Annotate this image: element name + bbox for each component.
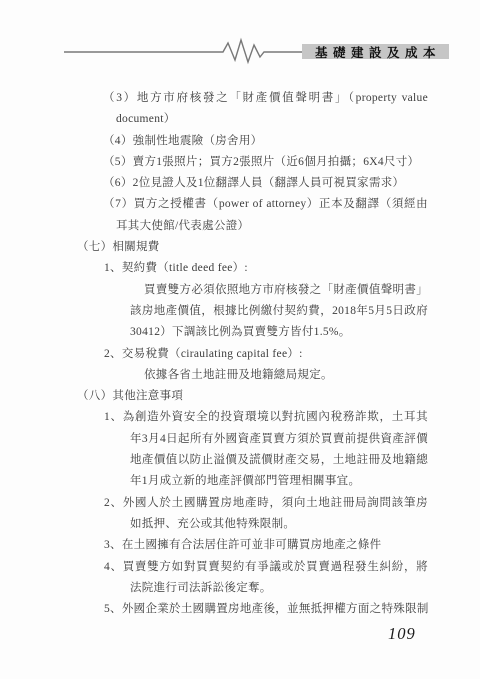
text-line: 2、交易稅費（ciraulating capital fee）: [0,344,428,365]
text-line: 2、外國人於土國購置房地產時，須向土地註冊局詢問該筆房地產是否有 [0,493,428,514]
text-line: 年1月成立新的地產評價部門管理相關事宜。 [0,471,428,492]
text-line: （七）相關規費 [0,237,428,258]
text-line: （7）買方之授權書（power of attorney）正本及翻譯（須經由海外之… [0,194,428,215]
text-line: 如抵押、充公或其他特殊限制。 [0,514,428,535]
text-line: （3）地方市府核發之「財產價值聲明書」（property value state… [0,88,428,109]
heartbeat-zigzag-icon [64,36,306,68]
chapter-title-highlight: 基礎建設及成本 [302,44,449,59]
text-line: document） [0,109,428,130]
text-line: 依據各省土地註冊及地籍總局規定。 [0,365,428,386]
text-line: 1、為創造外資安全的投資環境以對抗國內稅務詐欺，土耳其規定自2019 [0,407,428,428]
text-line: 該房地產價值，根據比例繳付契約費，2018年5月5日政府公告（No. [0,301,428,322]
text-line: 地產價值以防止溢價及謊價財產交易，土地註冊及地籍總局並於2019 [0,450,428,471]
document-body: （3）地方市府核發之「財產價值聲明書」（property value state… [0,88,428,620]
text-line: （6）2位見證人及1位翻譯人員（翻譯人員可視買家需求） [0,173,428,194]
text-line: 5、外國企業於土國購置房地產後，並無抵押權方面之特殊限制 [0,599,428,620]
text-line: 買賣雙方必須依照地方市府核發之「財產價值聲明書」所列舉之 [0,280,428,301]
text-line: 法院進行司法訴訟後定奪。 [0,578,428,599]
text-line: （5）賣方1張照片；買方2張照片（近6個月拍攝；6X4尺寸） [0,152,428,173]
text-line: 1、契約費（title deed fee）: [0,258,428,279]
text-line: （4）強制性地震險（房舍用） [0,131,428,152]
text-line: （八）其他注意事項 [0,386,428,407]
page-number: 109 [388,624,416,644]
document-page: 基礎建設及成本 （3）地方市府核發之「財產價值聲明書」（property val… [0,0,480,679]
text-line: 30412）下調該比例為買賣雙方皆付1.5%。 [0,322,428,343]
text-line: 4、買賣雙方如對買賣契約有爭議或於買賣過程發生糾紛，將透過土耳其 [0,557,428,578]
text-line: 年3月4日起所有外國資產買賣方須於買賣前提供資產評價報告敘明房 [0,429,428,450]
page-title: 基礎建設及成本 [310,43,441,61]
text-line: 3、在土國擁有合法居住許可並非可購買房地產之條件 [0,535,428,556]
text-line: 耳其大使館/代表處公證） [0,216,428,237]
